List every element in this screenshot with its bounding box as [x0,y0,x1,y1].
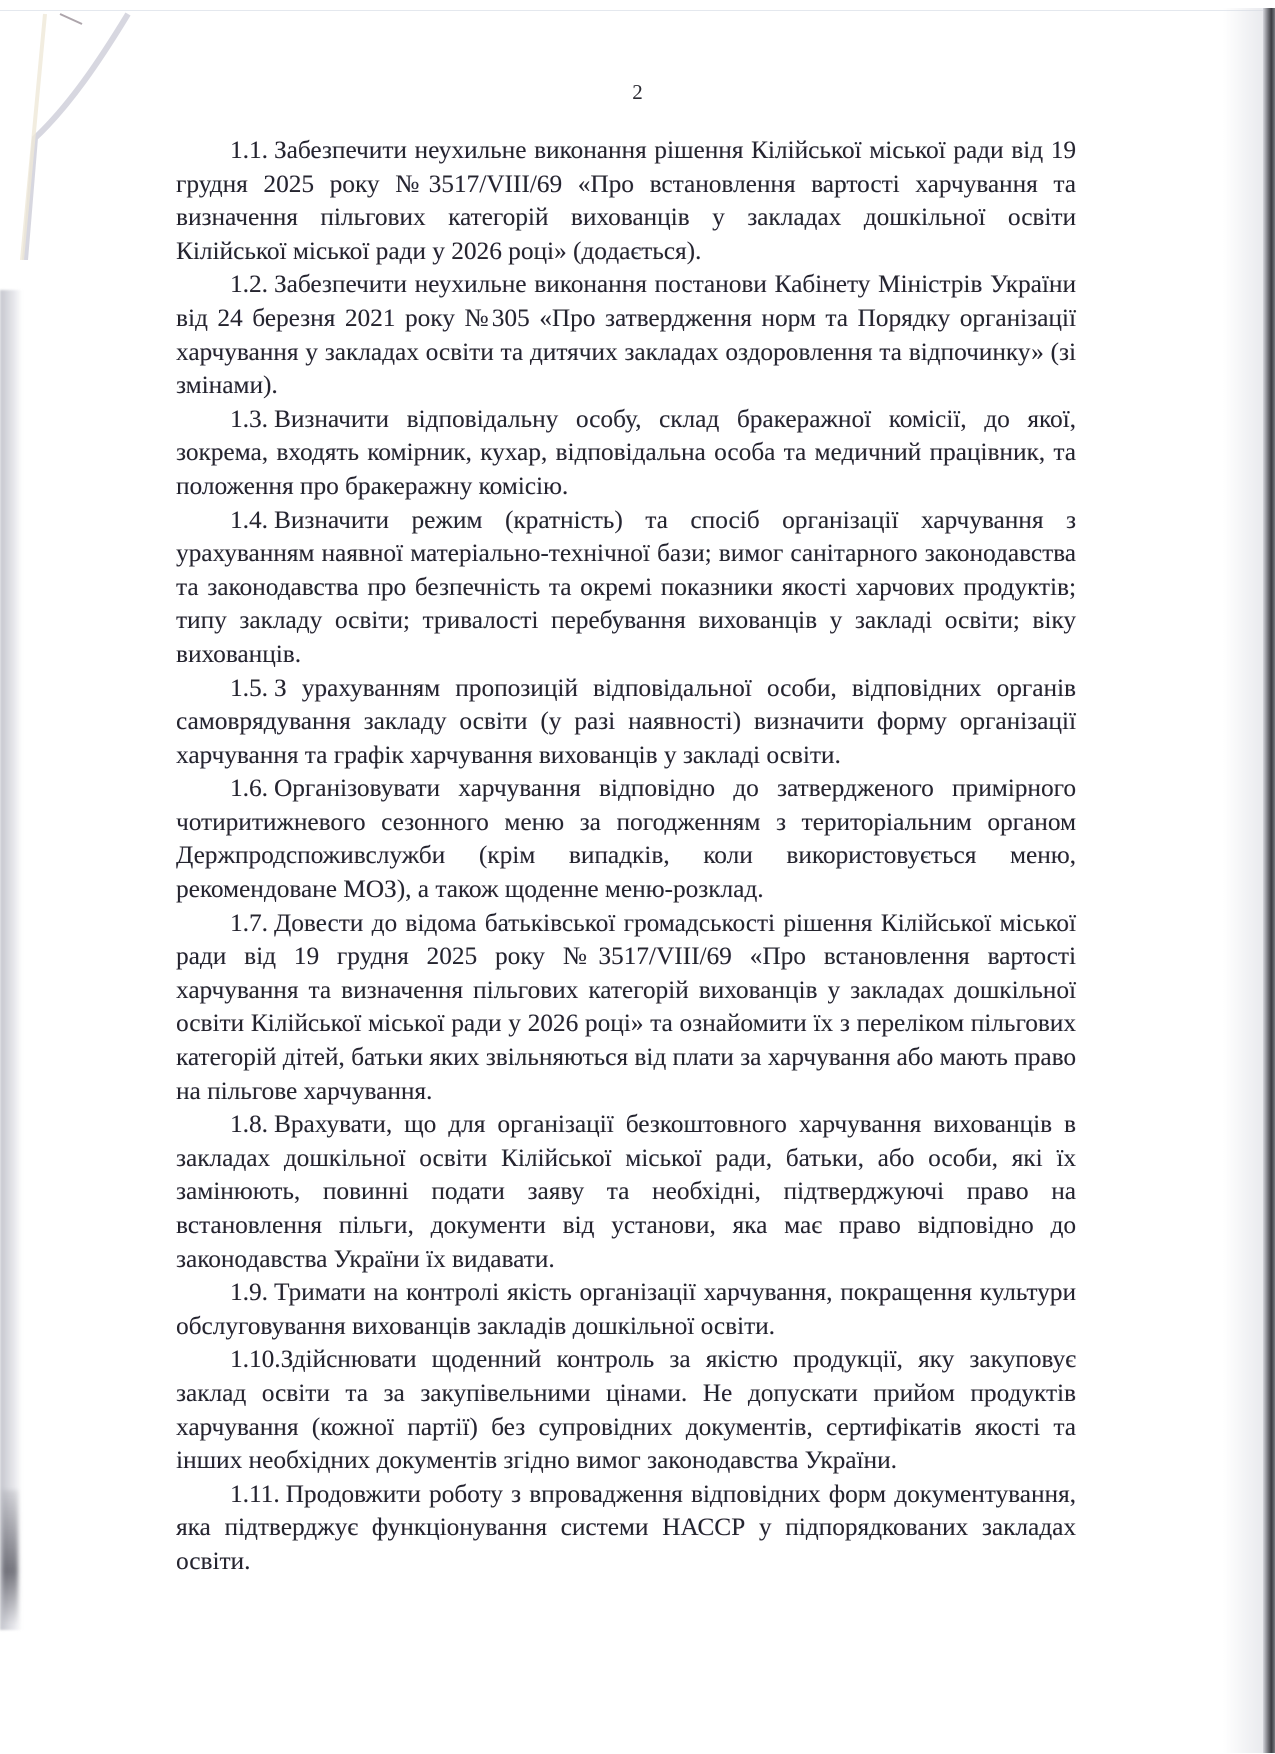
paragraph-1-6: 1.6.Організовувати харчування відповідно… [176,772,1076,906]
corner-fold-icon [10,10,140,260]
paragraph-text: Визначити режим (кратність) та спосіб ор… [176,506,1076,668]
paragraph-1-8: 1.8.Врахувати, що для організації безкош… [176,1108,1076,1276]
left-binding-smudge [2,1490,18,1625]
scanner-top-edge [0,0,1275,11]
paragraph-1-2: 1.2.Забезпечити неухильне виконання пост… [176,268,1076,402]
paragraph-number: 1.10. [230,1345,281,1373]
paragraph-number: 1.5. [230,674,268,702]
paragraph-text: Здійснювати щоденний контроль за якістю … [176,1345,1076,1474]
left-binding-shadow [0,290,22,1630]
paragraph-number: 1.4. [230,506,268,534]
scanned-page: 2 1.1.Забезпечити неухильне виконання рі… [0,0,1275,1754]
paragraph-text: Тримати на контролі якість організації х… [176,1278,1076,1340]
paragraph-1-3: 1.3.Визначити відповідальну особу, склад… [176,403,1076,504]
paragraph-text: З урахуванням пропозицій відповідальної … [176,674,1076,769]
paragraph-text: Визначити відповідальну особу, склад бра… [176,405,1076,500]
paragraph-1-10: 1.10.Здійснювати щоденний контроль за як… [176,1343,1076,1477]
page-number: 2 [0,80,1275,105]
paragraph-number: 1.3. [230,405,268,433]
paragraph-number: 1.7. [230,909,268,937]
paragraph-text: Забезпечити неухильне виконання постанов… [176,270,1076,399]
paragraph-number: 1.11. [230,1480,280,1508]
paragraph-number: 1.8. [230,1110,268,1138]
paragraph-text: Організовувати харчування відповідно до … [176,774,1076,903]
paragraph-number: 1.2. [230,270,268,298]
page-curl-shadow [1223,8,1263,1753]
paragraph-text: Врахувати, що для організації безкоштовн… [176,1110,1076,1272]
document-body: 1.1.Забезпечити неухильне виконання ріше… [176,134,1076,1579]
paragraph-1-9: 1.9.Тримати на контролі якість організац… [176,1276,1076,1343]
paragraph-1-4: 1.4.Визначити режим (кратність) та спосі… [176,504,1076,672]
paragraph-number: 1.1. [230,136,268,164]
paragraph-1-5: 1.5.З урахуванням пропозицій відповідаль… [176,672,1076,773]
paragraph-text: Продовжити роботу з впровадження відпові… [176,1480,1076,1575]
paragraph-number: 1.9. [230,1278,268,1306]
paragraph-text: Забезпечити неухильне виконання рішення … [176,136,1076,265]
paragraph-1-11: 1.11.Продовжити роботу з впровадження ві… [176,1478,1076,1579]
scanner-right-edge [1263,8,1275,1753]
paragraph-text: Довести до відома батьківської громадськ… [176,909,1076,1105]
paragraph-1-1: 1.1.Забезпечити неухильне виконання ріше… [176,134,1076,268]
paragraph-number: 1.6. [230,774,268,802]
paragraph-1-7: 1.7.Довести до відома батьківської грома… [176,907,1076,1109]
